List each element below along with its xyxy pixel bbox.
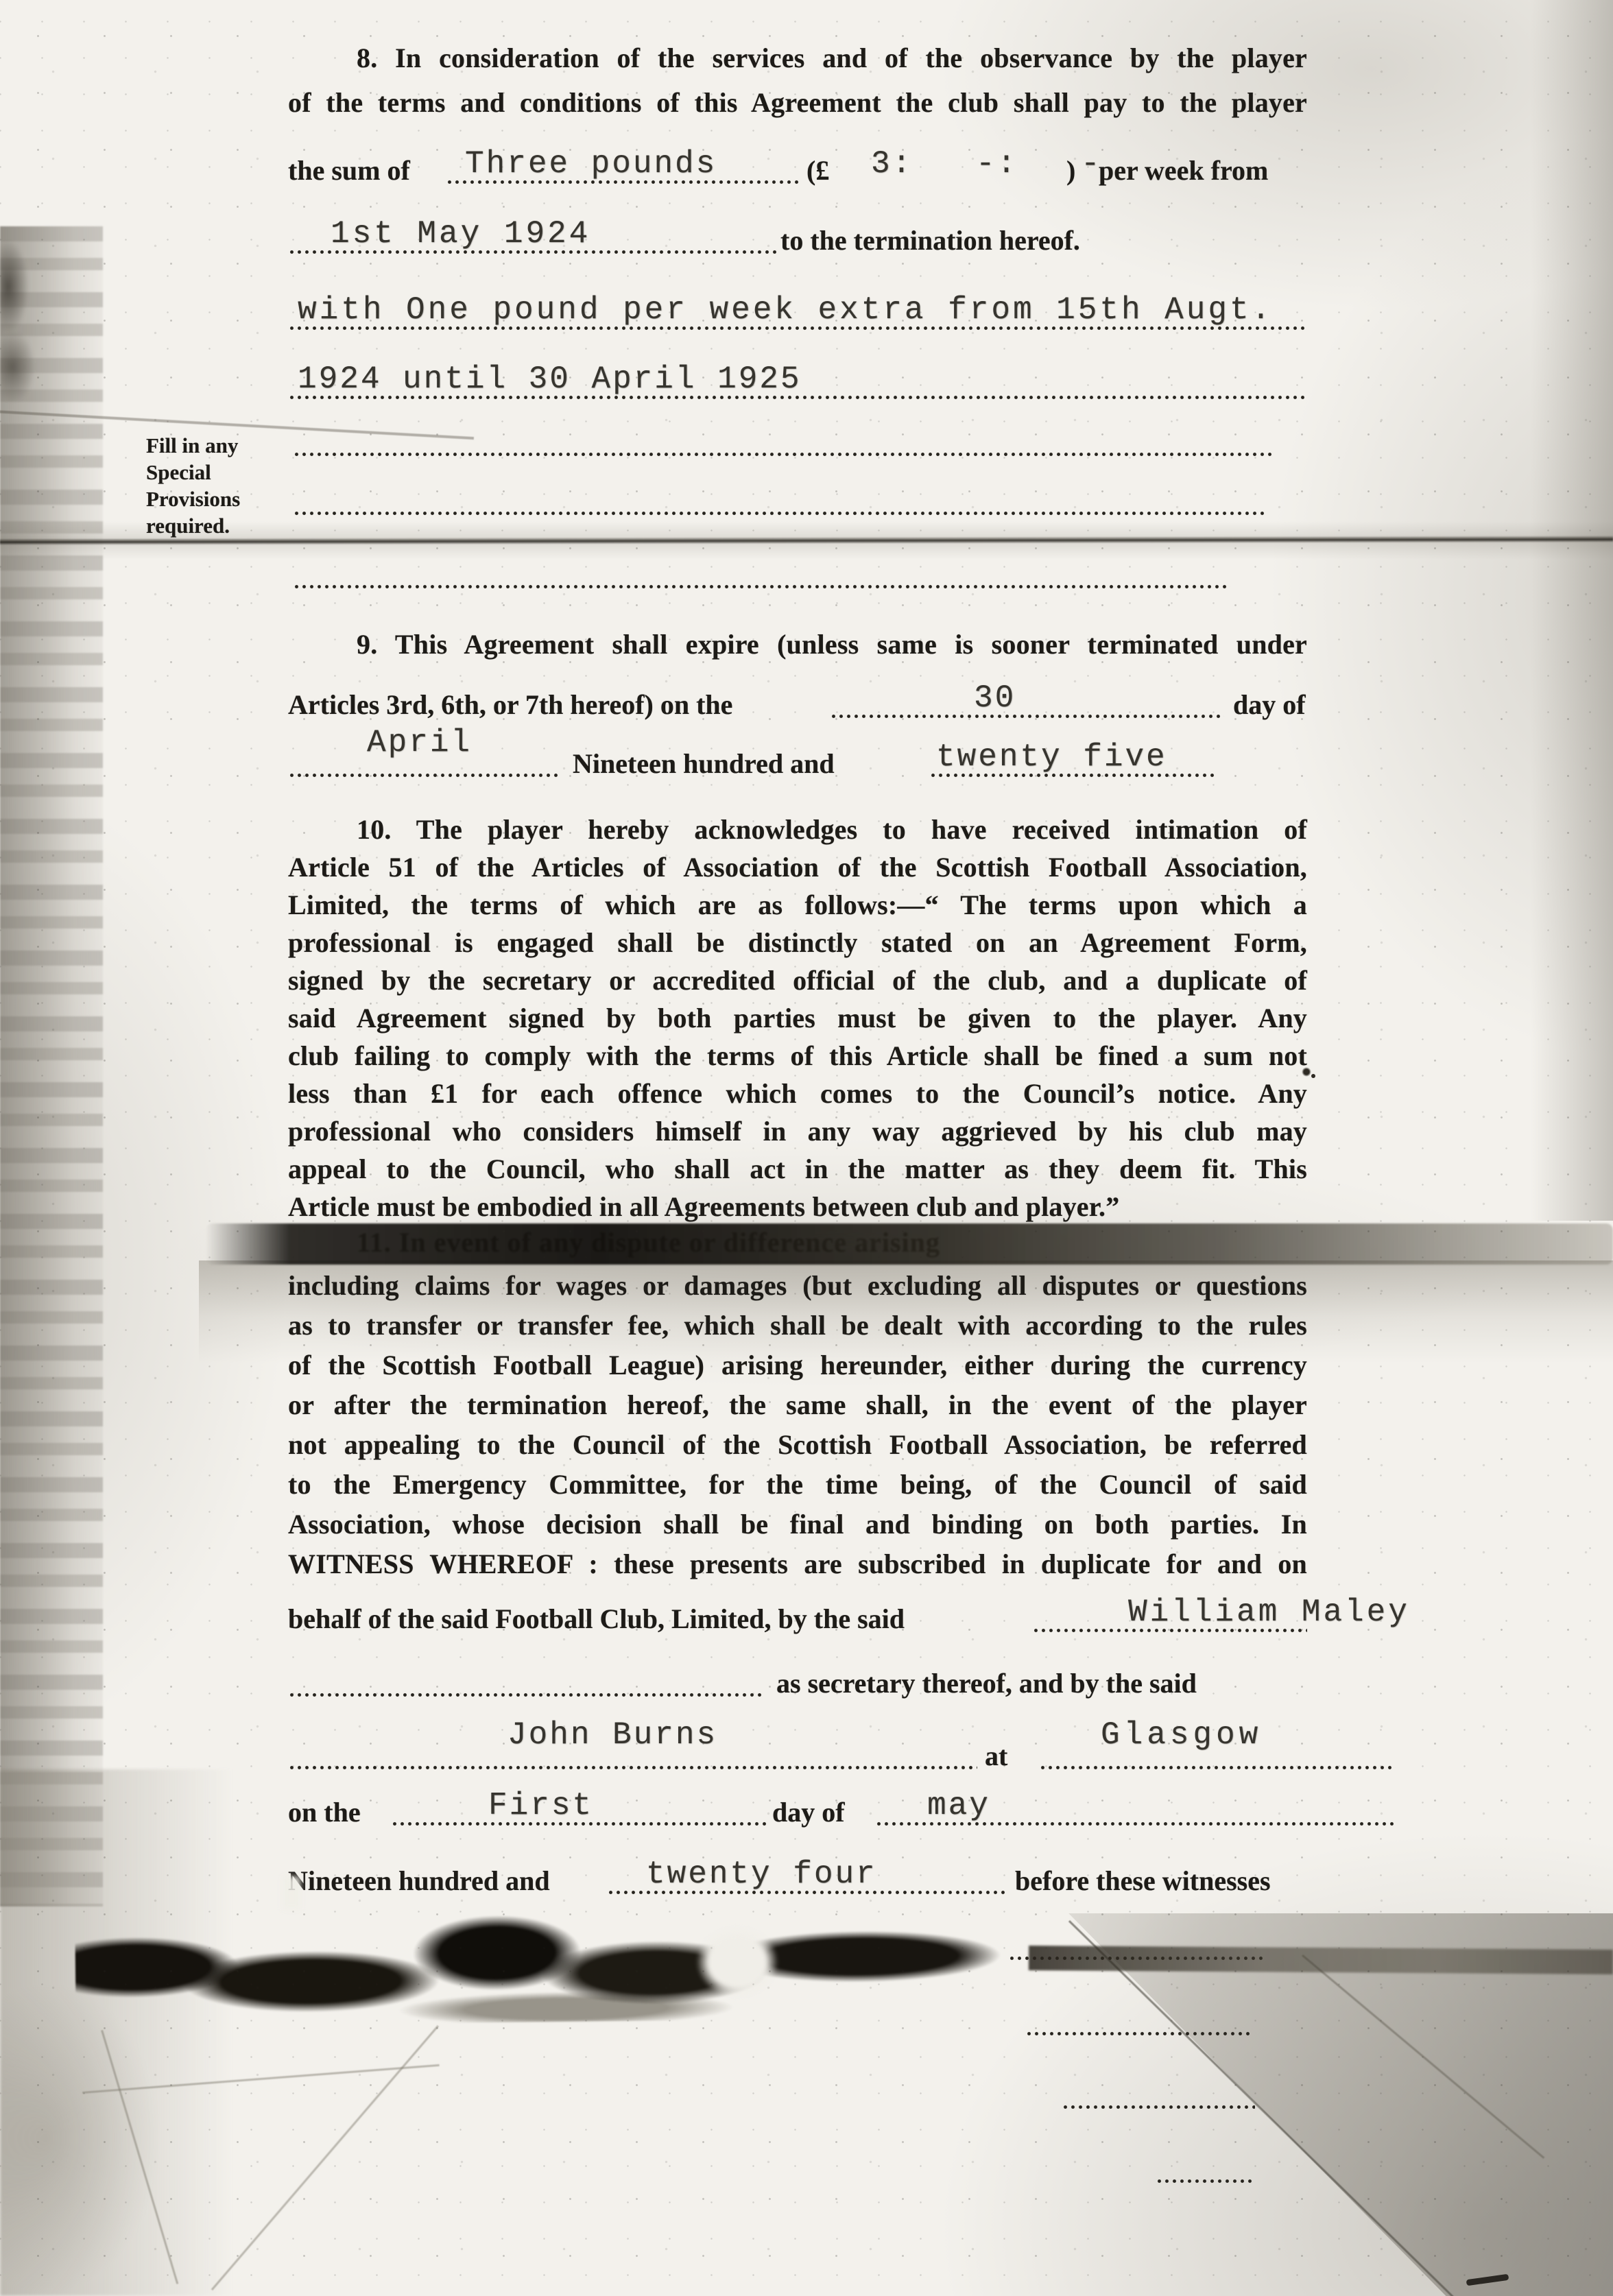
expiry-month-dotted-line bbox=[288, 772, 559, 778]
torn-paper-gap bbox=[686, 1917, 789, 2007]
clause8-start-date-line: 1st May 1924 to the termination hereof. bbox=[288, 217, 1307, 261]
clause11-line: of the Scottish Football League) arising… bbox=[288, 1346, 1307, 1385]
signing-date-line: on the First day of may bbox=[288, 1789, 1307, 1832]
nineteen-label: Nineteen hundred and bbox=[288, 1865, 550, 1897]
secretary-suffix-label: as secretary thereof, and by the said bbox=[776, 1667, 1197, 1699]
clause10-line: 10. The player hereby acknowledges to ha… bbox=[288, 811, 1307, 849]
torn-paper-ridge-right bbox=[1029, 1946, 1613, 1974]
margin-note-line: required. bbox=[146, 512, 276, 539]
clause11-line: Association, whose decision shall be fin… bbox=[288, 1505, 1307, 1544]
clause10-line: professional who considers himself in an… bbox=[288, 1112, 1307, 1151]
clause9-expiry-month-year-line: April Nineteen hundred and twenty five bbox=[288, 740, 1307, 784]
sum-currency-symbol: (£ bbox=[807, 154, 829, 187]
club-signatory-line: behalf of the said Football Club, Limite… bbox=[288, 1595, 1307, 1639]
player-signatory-dotted-line bbox=[288, 1765, 977, 1771]
clause10-line: appeal to the Council, who shall act in … bbox=[288, 1150, 1307, 1188]
left-fold-damage-strip bbox=[0, 226, 103, 1906]
clause11-line: as to transfer or transfer fee, which sh… bbox=[288, 1306, 1307, 1345]
clause11-line: or after the termination hereof, the sam… bbox=[288, 1386, 1307, 1424]
clause10-line: Limited, the terms of which are as follo… bbox=[288, 886, 1307, 924]
witness-signature-line-4 bbox=[1156, 2178, 1253, 2184]
sum-amount-dotted-line bbox=[446, 179, 799, 185]
player-signatory-line: John Burns at Glasgow bbox=[288, 1732, 1307, 1776]
signing-day-dotted-line bbox=[391, 1821, 768, 1827]
sum-prefix-label: the sum of bbox=[288, 154, 410, 187]
start-date-dotted-line bbox=[288, 249, 776, 255]
special-provision-blank-line-3 bbox=[293, 584, 1230, 590]
extra-provision-typed-1: with One pound per week extra from 15th … bbox=[298, 292, 1273, 328]
day-of-label: day of bbox=[772, 1796, 845, 1828]
club-signatory-typed-entry: William Maley bbox=[1128, 1594, 1410, 1630]
clause10-line: Article 51 of the Articles of Associatio… bbox=[288, 848, 1307, 887]
secretary-dotted-line bbox=[288, 1692, 765, 1698]
extra-provision-typed-2: 1924 until 30 April 1925 bbox=[298, 361, 802, 397]
clause9-expiry-day-line: Articles 3rd, 6th, or 7th hereof) on the… bbox=[288, 681, 1307, 725]
signing-year-typed-entry: twenty four bbox=[646, 1856, 877, 1892]
clause10-line: said Agreement signed by both parties mu… bbox=[288, 999, 1307, 1038]
on-the-label: on the bbox=[288, 1796, 361, 1828]
expiry-day-dotted-line bbox=[830, 713, 1224, 719]
expiry-year-dotted-line bbox=[929, 772, 1217, 778]
signing-day-typed-entry: First bbox=[488, 1788, 593, 1823]
sum-suffix-label: per week from bbox=[1099, 154, 1268, 187]
clause11-line: WITNESS WHEREOF : these presents are sub… bbox=[288, 1545, 1307, 1583]
player-signatory-typed-entry: John Burns bbox=[507, 1717, 717, 1753]
witness-signature-line-2 bbox=[1025, 2031, 1252, 2037]
clause11-line: not appealing to the Council of the Scot… bbox=[288, 1426, 1307, 1464]
witness-signature-line-3 bbox=[1062, 2104, 1255, 2110]
at-label: at bbox=[985, 1740, 1007, 1772]
sum-figures-typed-entry: 3: -: - bbox=[871, 146, 1102, 182]
expiry-year-typed-entry: twenty five bbox=[936, 739, 1167, 775]
torn-paper-band bbox=[75, 1910, 1057, 2027]
clause10-line: club failing to comply with the terms of… bbox=[288, 1037, 1307, 1075]
expiry-day-typed-entry: 30 bbox=[974, 680, 1016, 716]
signing-month-typed-entry: may bbox=[927, 1788, 990, 1823]
margin-ink-mark bbox=[1302, 1067, 1311, 1077]
signing-year-line: Nineteen hundred and twenty four before … bbox=[288, 1857, 1307, 1901]
sum-amount-typed-entry: Three pounds bbox=[465, 146, 717, 182]
termination-label: to the termination hereof. bbox=[780, 224, 1080, 256]
club-signatory-dotted-line bbox=[1032, 1627, 1307, 1634]
clause9-line1: 9. This Agreement shall expire (unless s… bbox=[288, 625, 1307, 664]
special-provision-blank-line-2 bbox=[293, 510, 1267, 516]
clause8-extra-provision-line1: with One pound per week extra from 15th … bbox=[288, 293, 1307, 337]
clause11-line: to the Emergency Committee, for the time… bbox=[288, 1466, 1307, 1504]
clause10-line: less than £1 for each offence which come… bbox=[288, 1075, 1307, 1113]
nineteen-hundred-label: Nineteen hundred and bbox=[573, 748, 835, 780]
clause11-line: including claims for wages or damages (b… bbox=[288, 1267, 1307, 1305]
margin-note-line: Special bbox=[146, 459, 276, 486]
start-date-typed-entry: 1st May 1924 bbox=[331, 216, 590, 252]
clause8-line1: 8. In consideration of the services and … bbox=[288, 39, 1307, 77]
expiry-day-suffix-label: day of bbox=[1233, 689, 1306, 721]
dark-fold-stain-band bbox=[206, 1223, 1613, 1265]
clause10-line: signed by the secretary or accredited of… bbox=[288, 961, 1307, 1000]
right-edge-shadow-band bbox=[1531, 0, 1613, 1221]
expiry-prefix-label: Articles 3rd, 6th, or 7th hereof) on the bbox=[288, 689, 732, 721]
special-provision-blank-line-1 bbox=[293, 451, 1274, 457]
margin-note-line: Provisions bbox=[146, 486, 276, 512]
place-typed-entry: Glasgow bbox=[1101, 1717, 1262, 1753]
margin-note-special-provisions: Fill in any Special Provisions required. bbox=[146, 432, 276, 539]
secretary-line: as secretary thereof, and by the said bbox=[288, 1660, 1307, 1703]
clause8-extra-provision-line2: 1924 until 30 April 1925 bbox=[288, 362, 1307, 406]
clause10-line: professional is engaged shall be distinc… bbox=[288, 924, 1307, 962]
scanned-agreement-page: Fill in any Special Provisions required.… bbox=[0, 0, 1613, 2296]
provision-dotted-rule-2 bbox=[288, 394, 1307, 400]
margin-note-line: Fill in any bbox=[146, 432, 276, 459]
behalf-prefix-label: behalf of the said Football Club, Limite… bbox=[288, 1603, 905, 1635]
clause8-sum-line: the sum of Three pounds (£ 3: -: - ) per… bbox=[288, 147, 1307, 191]
bottom-left-crease-1 bbox=[211, 2025, 439, 2291]
before-witnesses-label: before these witnesses bbox=[1015, 1865, 1271, 1897]
clause10-line: Article must be embodied in all Agreemen… bbox=[288, 1188, 1307, 1226]
provision-dotted-rule-1 bbox=[288, 325, 1307, 331]
damaged-letter-smudge bbox=[283, 1876, 300, 1909]
place-dotted-line bbox=[1039, 1765, 1396, 1771]
signing-month-dotted-line bbox=[875, 1821, 1396, 1827]
expiry-month-typed-entry: April bbox=[367, 725, 472, 761]
clause8-line2: of the terms and conditions of this Agre… bbox=[288, 84, 1307, 122]
signing-year-dotted-line bbox=[607, 1889, 1008, 1896]
left-edge-dark-blotch bbox=[0, 233, 41, 411]
bottom-left-wrinkle-wash bbox=[0, 1769, 233, 2296]
